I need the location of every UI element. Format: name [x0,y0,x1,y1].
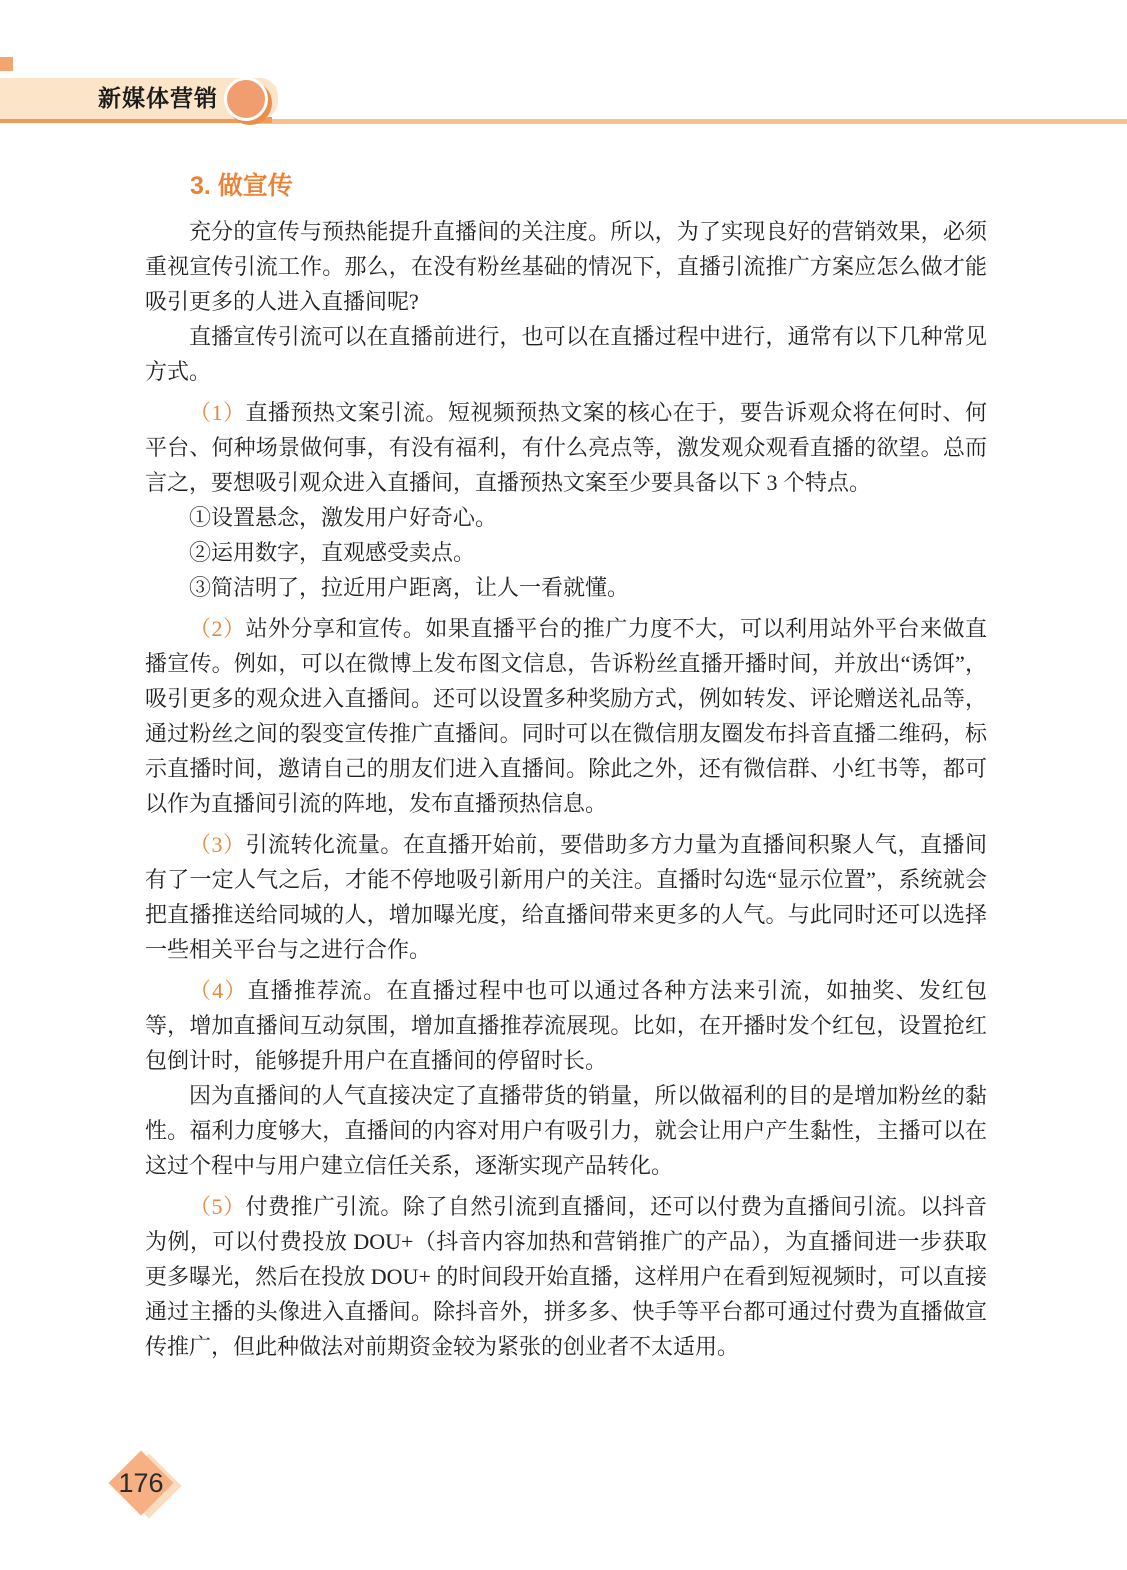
paragraph: 因为直播间的人气直接决定了直播带货的销量，所以做福利的目的是增加粉丝的黏性。福利… [145,1078,987,1183]
paragraph-number: （3） [189,832,245,857]
paragraph-text: 因为直播间的人气直接决定了直播带货的销量，所以做福利的目的是增加粉丝的黏性。福利… [145,1083,987,1178]
page-number: 176 [103,1460,179,1506]
paragraph: （1）直播预热文案引流。短视频预热文案的核心在于，要告诉观众将在何时、何平台、何… [145,395,987,500]
body-text: 充分的宣传与预热能提升直播间的关注度。所以，为了实现良好的营销效果，必须重视宣传… [145,214,987,1364]
paragraph-text: 引流转化流量。在直播开始前，要借助多方力量为直播间积聚人气，直播间有了一定人气之… [145,832,987,962]
paragraph-number: （5） [189,1194,245,1219]
paragraph: （5）付费推广引流。除了自然引流到直播间，还可以付费为直播间引流。以抖音为例，可… [145,1189,987,1364]
header-rule [258,119,1127,124]
paragraph: （2）站外分享和宣传。如果直播平台的推广力度不大，可以利用站外平台来做直播宣传。… [145,611,987,821]
paragraph-number: （2） [189,616,245,641]
paragraph-text: ②运用数字，直观感受卖点。 [189,540,475,565]
paragraph-text: ①设置悬念，激发用户好奇心。 [189,505,497,530]
list-item: ①设置悬念，激发用户好奇心。 [145,500,987,535]
paragraph: 直播宣传引流可以在直播前进行，也可以在直播过程中进行，通常有以下几种常见方式。 [145,319,987,389]
paragraph-text: 直播推荐流。在直播过程中也可以通过各种方法来引流，如抽奖、发红包等，增加直播间互… [145,978,987,1073]
paragraph-text: 直播预热文案引流。短视频预热文案的核心在于，要告诉观众将在何时、何平台、何种场景… [145,400,987,495]
list-item: ③简洁明了，拉近用户距离，让人一看就懂。 [145,570,987,605]
header-circle-ornament [224,77,268,121]
paragraph-text: 付费推广引流。除了自然引流到直播间，还可以付费为直播间引流。以抖音为例，可以付费… [145,1194,987,1359]
paragraph-text: ③简洁明了，拉近用户距离，让人一看就懂。 [189,575,629,600]
header-band-label: 新媒体营销 [98,78,218,119]
paragraph-number: （4） [189,978,247,1003]
paragraph-number: （1） [189,400,245,425]
paragraph-text: 充分的宣传与预热能提升直播间的关注度。所以，为了实现良好的营销效果，必须重视宣传… [145,219,987,314]
paragraph-text: 直播宣传引流可以在直播前进行，也可以在直播过程中进行，通常有以下几种常见方式。 [145,324,987,384]
paragraph: 充分的宣传与预热能提升直播间的关注度。所以，为了实现良好的营销效果，必须重视宣传… [145,214,987,319]
book-page: 新媒体营销 3. 做宣传 充分的宣传与预热能提升直播间的关注度。所以，为了实现良… [0,0,1127,1570]
page-corner-mark [0,57,13,71]
paragraph: （4）直播推荐流。在直播过程中也可以通过各种方法来引流，如抽奖、发红包等，增加直… [145,973,987,1078]
section-heading: 3. 做宣传 [190,166,293,202]
list-item: ②运用数字，直观感受卖点。 [145,535,987,570]
paragraph: （3）引流转化流量。在直播开始前，要借助多方力量为直播间积聚人气，直播间有了一定… [145,827,987,967]
paragraph-text: 站外分享和宣传。如果直播平台的推广力度不大，可以利用站外平台来做直播宣传。例如，… [145,616,987,816]
